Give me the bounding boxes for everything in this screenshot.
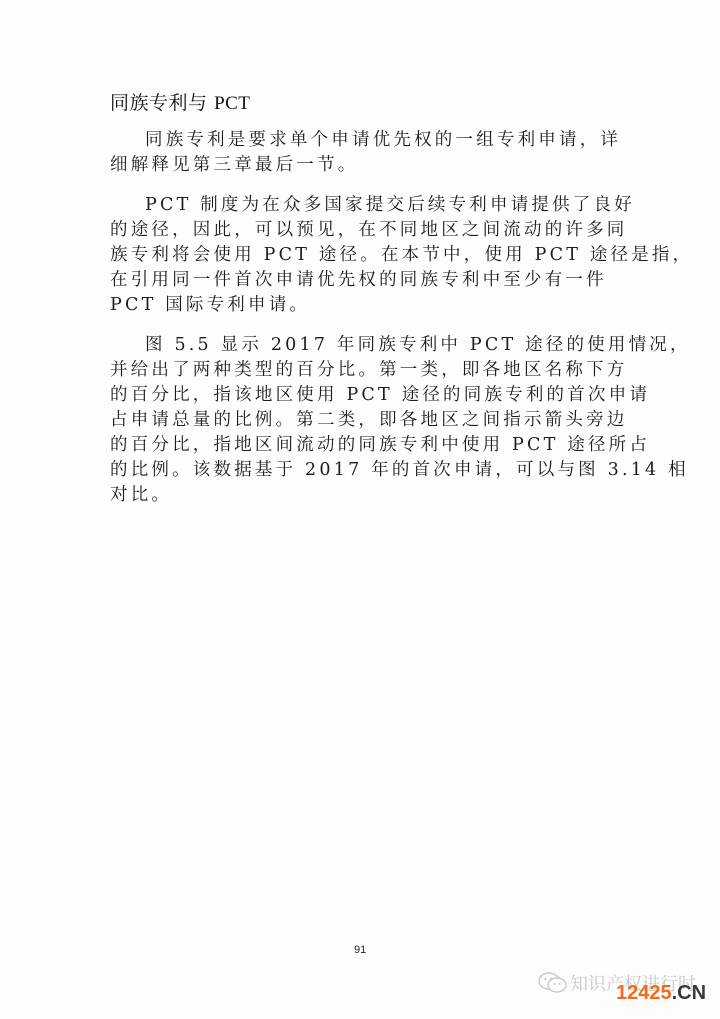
text-line: PCT 制度为在众多国家提交后续专利申请提供了良好	[110, 193, 612, 218]
text-line: 细解释见第三章最后一节。	[110, 153, 612, 178]
text-line: 同族专利是要求单个申请优先权的一组专利申请，详	[110, 128, 612, 153]
paragraph-pct-system: PCT 制度为在众多国家提交后续专利申请提供了良好 的途径，因此，可以预见，在不…	[110, 193, 612, 318]
text-line: 对比。	[110, 483, 612, 508]
section-heading-cjk: 同族专利与	[110, 92, 208, 114]
text-line: 的百分比，指地区间流动的同族专利中使用 PCT 途径所占	[110, 433, 612, 458]
page-number: 91	[354, 944, 366, 956]
watermark-site-tld: .CN	[672, 982, 706, 1004]
section-heading: 同族专利与 PCT	[110, 88, 250, 115]
text-line: 并给出了两种类型的百分比。第一类，即各地区名称下方	[110, 358, 612, 383]
text-line: 图 5.5 显示 2017 年同族专利中 PCT 途径的使用情况，	[110, 333, 612, 358]
text-line: 的比例。该数据基于 2017 年的首次申请，可以与图 3.14 相	[110, 458, 612, 483]
watermark-site-number: 12425	[616, 982, 672, 1004]
document-page: 同族专利与 PCT 同族专利是要求单个申请优先权的一组专利申请，详 细解释见第三…	[0, 0, 720, 1019]
watermark: 知识产权进行时 12425.CN	[538, 968, 718, 1008]
text-line: 的途径，因此，可以预见，在不同地区之间流动的许多同	[110, 218, 612, 243]
section-heading-latin: PCT	[214, 93, 250, 114]
text-line: 的百分比，指该地区使用 PCT 途径的同族专利的首次申请	[110, 383, 612, 408]
wechat-icon	[538, 972, 568, 994]
text-line: 占申请总量的比例。第二类，即各地区之间指示箭头旁边	[110, 408, 612, 433]
watermark-site: 12425.CN	[616, 982, 706, 1005]
text-line: PCT 国际专利申请。	[110, 293, 612, 318]
text-line: 在引用同一件首次申请优先权的同族专利中至少有一件	[110, 268, 612, 293]
text-line: 族专利将会使用 PCT 途径。在本节中，使用 PCT 途径是指，	[110, 243, 612, 268]
paragraph-figure-description: 图 5.5 显示 2017 年同族专利中 PCT 途径的使用情况， 并给出了两种…	[110, 333, 612, 508]
body-text: 同族专利是要求单个申请优先权的一组专利申请，详 细解释见第三章最后一节。 PCT…	[110, 128, 612, 523]
paragraph-family-definition: 同族专利是要求单个申请优先权的一组专利申请，详 细解释见第三章最后一节。	[110, 128, 612, 178]
